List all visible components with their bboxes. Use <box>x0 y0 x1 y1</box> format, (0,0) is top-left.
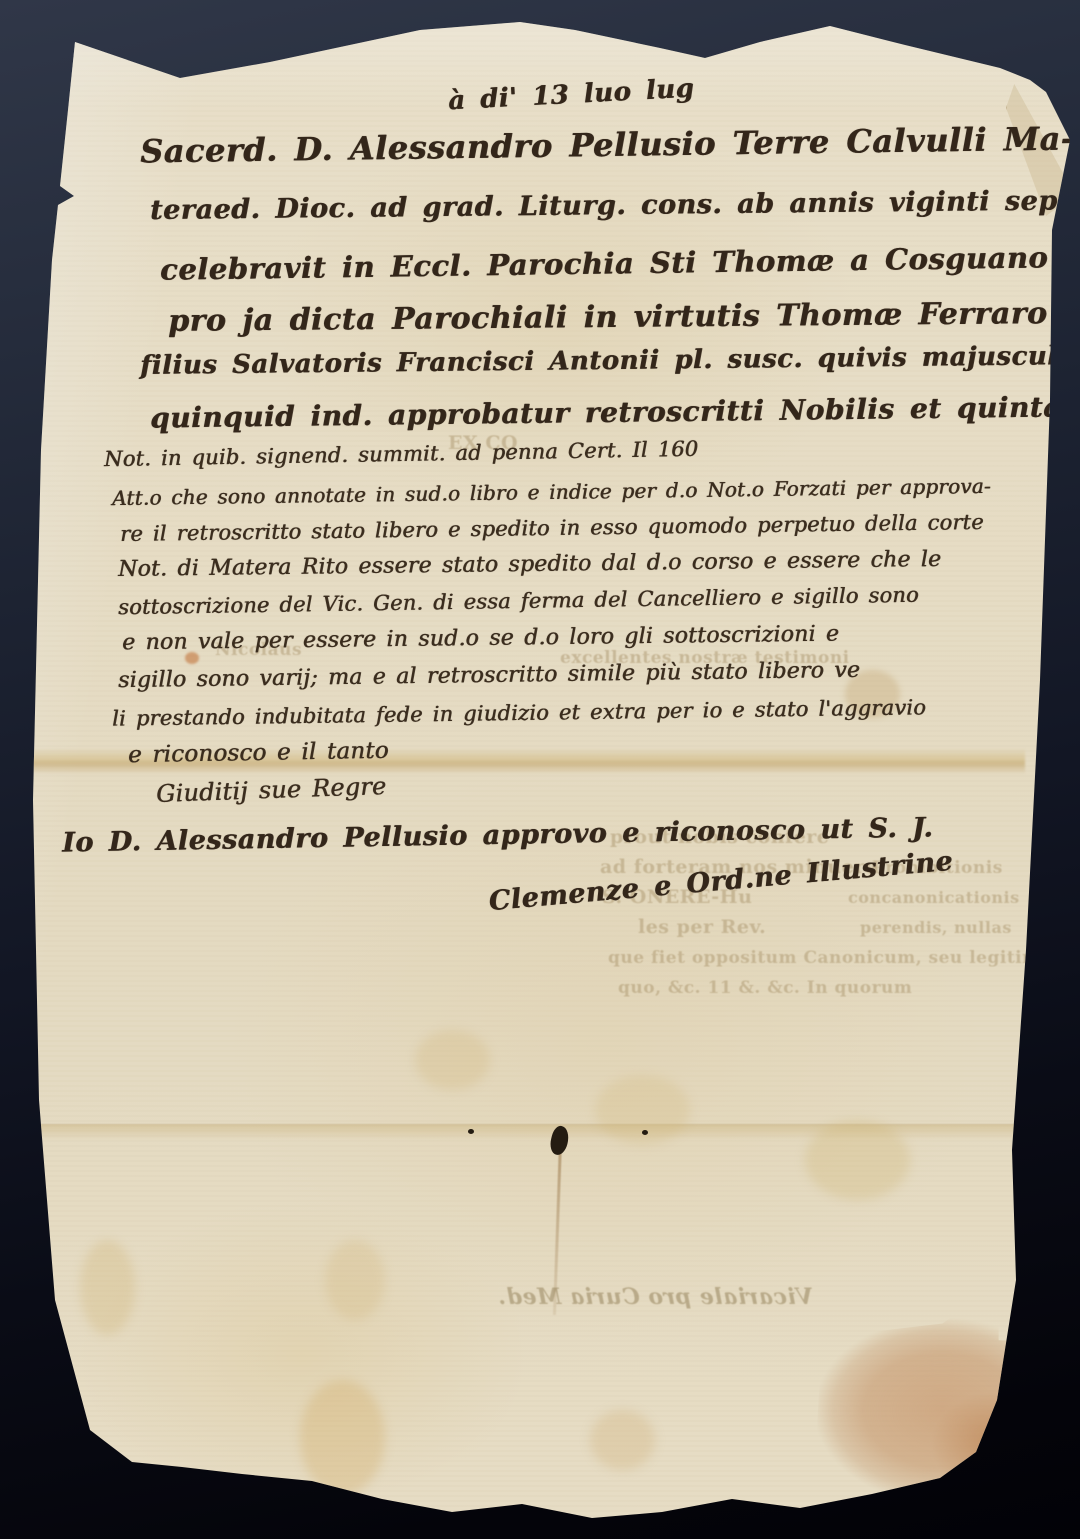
stain-blob <box>300 1380 385 1495</box>
ink-blot <box>548 1124 572 1156</box>
bleedthrough-stamp-mirrored: Vicariale pro Curia Med. <box>498 1284 813 1310</box>
ink-dot <box>642 1130 648 1135</box>
handwritten-line: Att.o che sono annotate in sud.o libro e… <box>112 474 991 510</box>
stain-blob <box>325 1240 385 1320</box>
bleedthrough-fragment: concanonicationis <box>848 888 1020 907</box>
stain-blob <box>80 1240 135 1335</box>
stain-blob <box>805 1120 910 1200</box>
adhesive-stain-bottom-right <box>815 1318 1070 1503</box>
handwritten-line: re il retroscritto stato libero e spedit… <box>120 510 984 546</box>
handwritten-line: Not. di Matera Rito essere stato spedito… <box>118 547 941 582</box>
handwritten-line: Sacerd. D. Alessandro Pellusio Terre Cal… <box>140 119 1075 170</box>
handwritten-line: quinquid ind. approbatur retroscritti No… <box>150 390 1062 434</box>
handwritten-line: sottoscrizione del Vic. Gen. di essa fer… <box>118 583 919 620</box>
handwritten-line: celebravit in Eccl. Parochia Sti Thomæ a… <box>160 239 1080 287</box>
ink-dot <box>468 1129 474 1134</box>
handwritten-line: li prestando indubitata fede in giudizio… <box>112 695 926 730</box>
handwritten-line: Giuditij sue Regre <box>156 772 387 808</box>
handwritten-line: pro ja dicta Parochiali in virtutis Thom… <box>168 296 1048 339</box>
bleedthrough-line: que fiet oppositum Canonicum, seu legiti… <box>608 948 1080 968</box>
stain-blob <box>590 1410 655 1470</box>
signature-line: Io D. Alessandro Pellusio approvo e rico… <box>62 812 934 858</box>
photograph-stage: EX CO Nicolaus excellentes nostræ testim… <box>0 0 1080 1539</box>
bleedthrough-line: quo, &c. 11 &. &c. In quorum <box>618 978 912 998</box>
handwritten-line: filius Salvatoris Francisci Antonii pl. … <box>140 341 1080 381</box>
handwritten-line: sigillo sono varij; ma e al retroscritto… <box>118 658 860 693</box>
handwritten-line: Not. in quib. signend. summit. ad penna … <box>104 437 699 471</box>
manuscript-paper: EX CO Nicolaus excellentes nostræ testim… <box>0 0 1080 1539</box>
handwritten-line: teraed. Dioc. ad grad. Liturg. cons. ab … <box>150 185 1080 226</box>
handwritten-line: e riconosco e il tanto <box>128 738 389 769</box>
stain-blob <box>415 1030 490 1090</box>
date-annotation: à di' 13 luo lug <box>447 74 695 117</box>
bleedthrough-fragment: perendis, nullas <box>860 918 1012 937</box>
fold-crease-lower <box>30 1124 1025 1140</box>
bleedthrough-line: les per Rev. <box>638 916 766 938</box>
